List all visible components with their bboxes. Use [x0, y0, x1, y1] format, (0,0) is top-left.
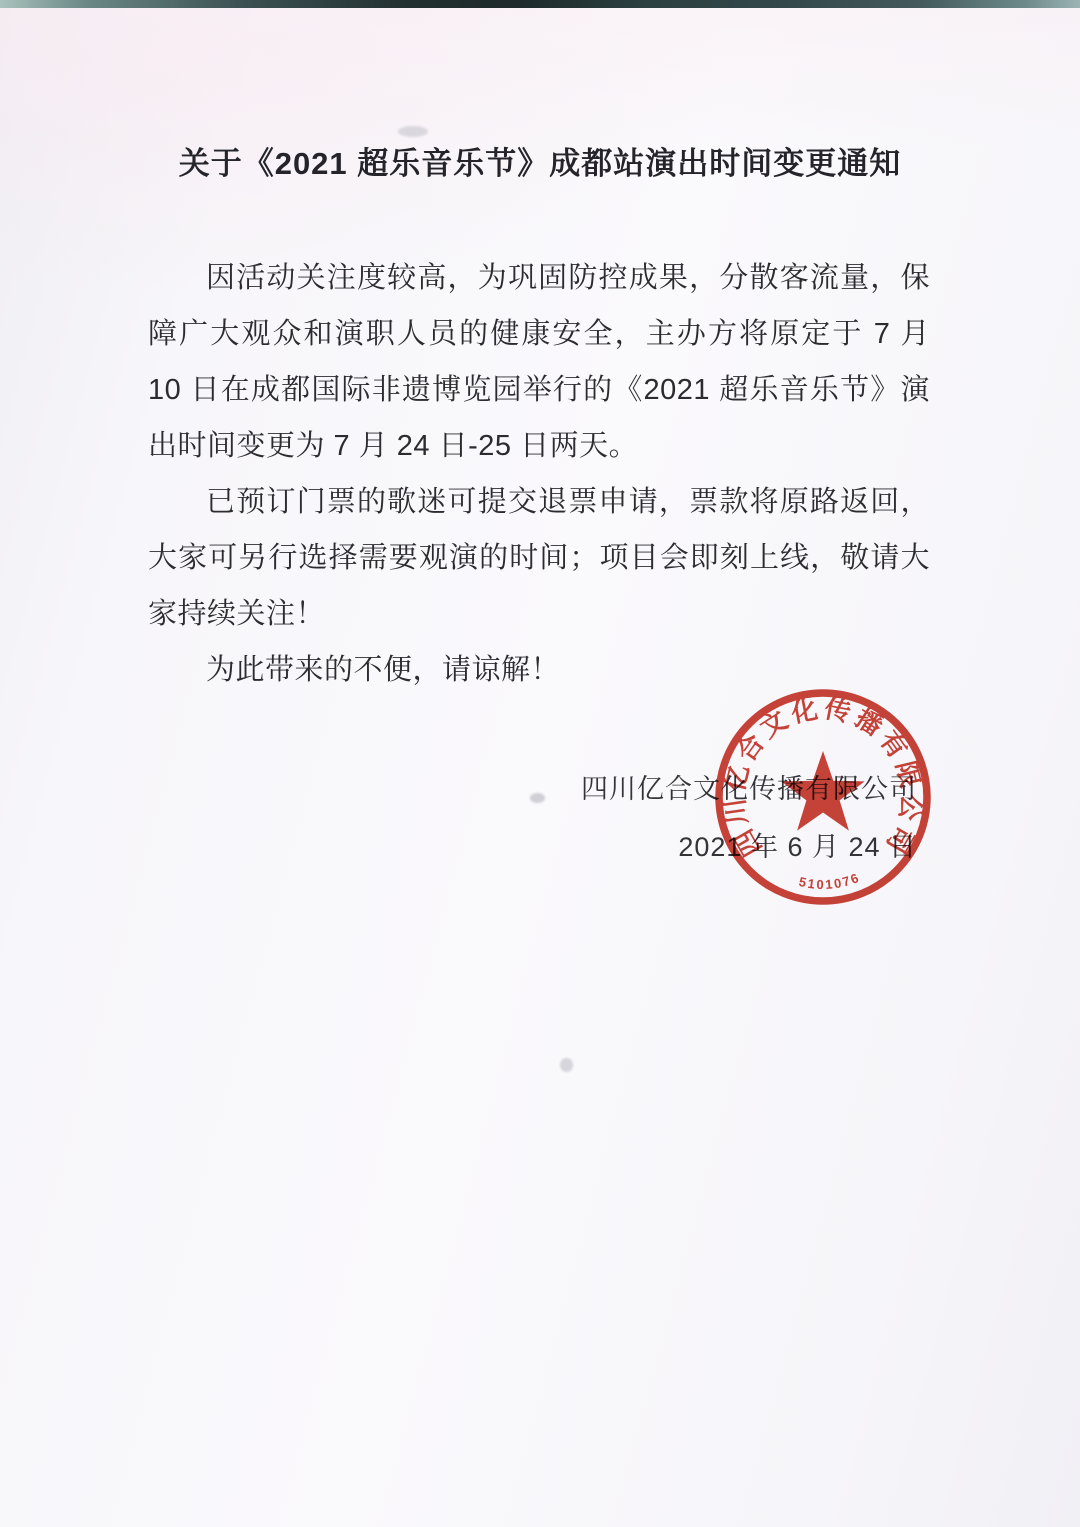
star-icon — [781, 751, 865, 831]
notice-page: 关于《2021 超乐音乐节》成都站演出时间变更通知 因活动关注度较高，为巩固防控… — [0, 0, 1080, 1527]
company-seal-stamp: 四川亿合文化传播有限公司 5101076 — [708, 682, 938, 912]
scan-tint — [0, 8, 1080, 148]
paragraph-2: 已预订门票的歌迷可提交退票申请，票款将原路返回，大家可另行选择需要观演的时间；项… — [148, 474, 930, 642]
notice-body: 因活动关注度较高，为巩固防控成果，分散客流量，保障广大观众和演职人员的健康安全，… — [148, 250, 930, 698]
scan-speck-1 — [398, 126, 428, 137]
scan-speck-3 — [560, 1058, 573, 1072]
scan-speck-2 — [530, 793, 545, 803]
seal-serial-number: 5101076 — [797, 870, 862, 892]
notice-title: 关于《2021 超乐音乐节》成都站演出时间变更通知 — [0, 138, 1080, 183]
svg-text:5101076: 5101076 — [797, 870, 862, 892]
paragraph-1: 因活动关注度较高，为巩固防控成果，分散客流量，保障广大观众和演职人员的健康安全，… — [148, 250, 930, 474]
scan-edge-strip — [0, 0, 1080, 8]
